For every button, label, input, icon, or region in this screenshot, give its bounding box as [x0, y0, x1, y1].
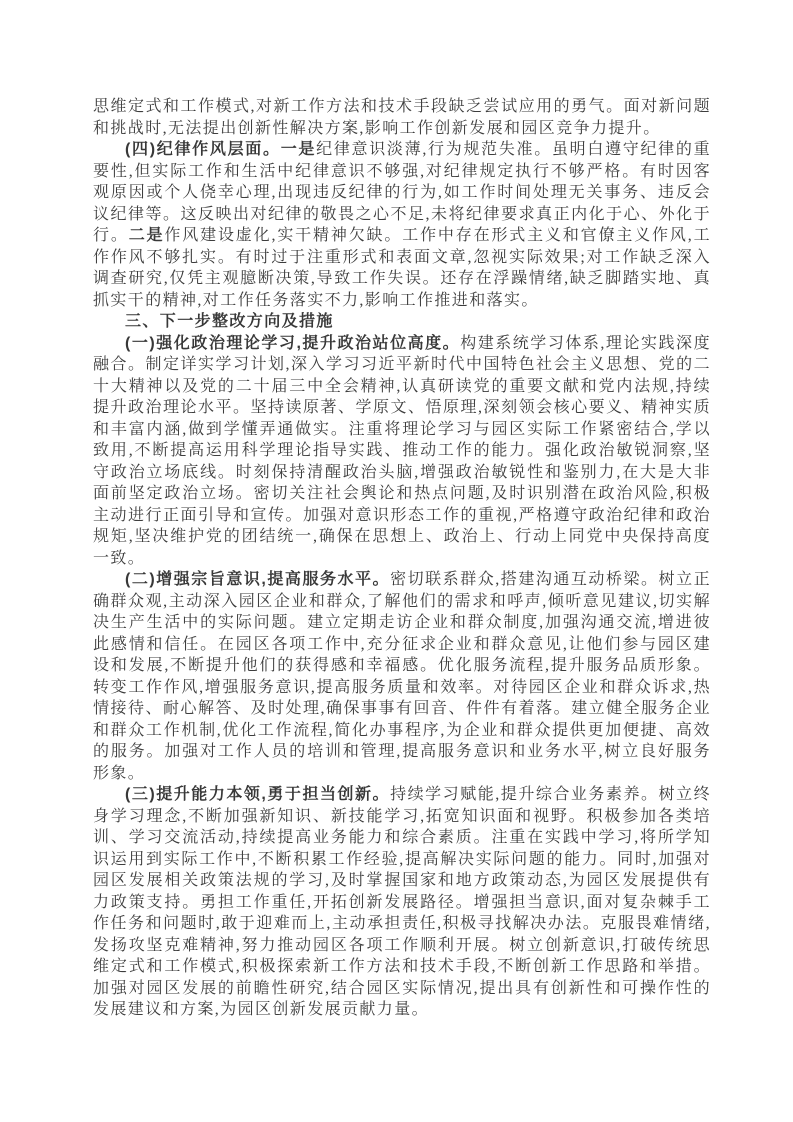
- paragraph: (四)纪律作风层面。一是纪律意识淡薄,行为规范失准。虽明白遵守纪律的重要性,但实…: [93, 139, 711, 311]
- document-body: 思维定式和工作模式,对新工作方法和技术手段缺乏尝试应用的勇气。面对新问题和挑战时…: [93, 96, 711, 1021]
- paragraph: 思维定式和工作模式,对新工作方法和技术手段缺乏尝试应用的勇气。面对新问题和挑战时…: [93, 96, 711, 139]
- text-run: 构建系统学习体系,理论实践深度融合。制定详实学习计划,深入学习习近平新时代中国特…: [93, 335, 711, 567]
- paragraph: (一)强化政治理论学习,提升政治站位高度。构建系统学习体系,理论实践深度融合。制…: [93, 333, 711, 570]
- document-page: 思维定式和工作模式,对新工作方法和技术手段缺乏尝试应用的勇气。面对新问题和挑战时…: [0, 0, 793, 1122]
- text-run: 作风建设虚化,实干精神欠缺。工作中存在形式主义和官僚主义作风,工作作风不够扎实。…: [93, 227, 711, 309]
- text-run: 密切联系群众,搭建沟通互动桥梁。树立正确群众观,主动深入园区企业和群众,了解他们…: [93, 571, 711, 782]
- section-heading-text: 三、下一步整改方向及措施: [125, 313, 334, 330]
- paragraph: (二)增强宗旨意识,提高服务水平。密切联系群众,搭建沟通互动桥梁。树立正确群众观…: [93, 569, 711, 784]
- text-run-bold: 二是: [129, 227, 165, 244]
- text-run-bold: (四)纪律作风层面。一是: [125, 141, 316, 158]
- section-heading: 三、下一步整改方向及措施: [93, 311, 711, 333]
- text-run-bold: (二)增强宗旨意识,提高服务水平。: [125, 571, 390, 588]
- text-run: 持续学习赋能,提升综合业务素养。树立终身学习理念,不断加强新知识、新技能学习,拓…: [93, 786, 711, 1018]
- text-run-bold: (一)强化政治理论学习,提升政治站位高度。: [125, 335, 460, 352]
- text-run-bold: (三)提升能力本领,勇于担当创新。: [125, 786, 390, 803]
- text-run: 思维定式和工作模式,对新工作方法和技术手段缺乏尝试应用的勇气。面对新问题和挑战时…: [93, 98, 711, 137]
- paragraph: (三)提升能力本领,勇于担当创新。持续学习赋能,提升综合业务素养。树立终身学习理…: [93, 784, 711, 1021]
